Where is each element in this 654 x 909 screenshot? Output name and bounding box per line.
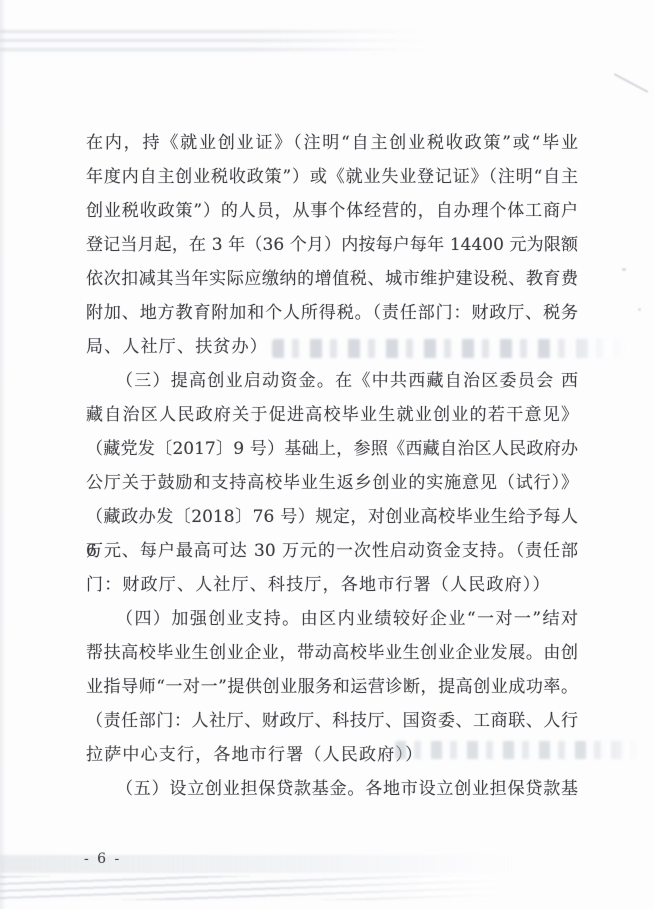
text-line: 公厅关于鼓励和支持高校毕业生返乡创业的实施意见（试行）》 (86, 466, 578, 500)
scan-artifact-scratch (614, 73, 648, 93)
text-line: （四）加强创业支持。由区内业绩较好企业“一对一”结对 (86, 602, 578, 636)
text-line: （藏政办发〔2018〕76 号）规定，对创业高校毕业生给予每人 6 (86, 500, 578, 534)
scan-artifact-speck (622, 268, 626, 271)
text-line: （五）设立创业担保贷款基金。各地市设立创业担保贷款基 (86, 772, 578, 806)
scan-artifact-top-band (0, 30, 460, 54)
text-line: 依次扣减其当年实际应缴纳的增值税、城市维护建设税、教育费 (86, 262, 578, 296)
scan-artifact-bottom-band (0, 876, 545, 900)
text-line: 在内，持《就业创业证》（注明“自主创业税收政策”或“毕业 (86, 126, 578, 160)
scanned-page: 在内，持《就业创业证》（注明“自主创业税收政策”或“毕业年度内自主创业税收政策”… (0, 0, 654, 909)
text-line: 帮扶高校毕业生创业企业，带动高校毕业生创业企业发展。由创 (86, 636, 578, 670)
text-line: 登记当月起，在 3 年（36 个月）内按每户每年 14400 元为限额 (86, 228, 578, 262)
text-line: （三）提高创业启动资金。在《中共西藏自治区委员会 西 (86, 364, 578, 398)
text-line: 创业税收政策”）的人员，从事个体经营的，自办理个体工商户 (86, 194, 578, 228)
text-line: 局、人社厅、扶贫办） (86, 330, 578, 364)
text-line: 藏自治区人民政府关于促进高校毕业生就业创业的若干意见》 (86, 398, 578, 432)
document-body-text: 在内，持《就业创业证》（注明“自主创业税收政策”或“毕业年度内自主创业税收政策”… (86, 126, 578, 806)
text-line: 万元、每户最高可达 30 万元的一次性启动资金支持。（责任部 (86, 534, 578, 568)
text-line: （藏党发〔2017〕9 号）基础上，参照《西藏自治区人民政府办 (86, 432, 578, 466)
scan-artifact-left-edge-shadow (0, 0, 6, 909)
text-line: 年度内自主创业税收政策”）或《就业失业登记证》（注明“自主 (86, 160, 578, 194)
text-line: 业指导师“一对一”提供创业服务和运营诊断，提高创业成功率。 (86, 670, 578, 704)
text-line: 附加、地方教育附加和个人所得税。（责任部门：财政厅、税务 (86, 296, 578, 330)
page-number: - 6 - (84, 851, 121, 867)
scan-artifact-speck (638, 308, 641, 311)
text-line: （责任部门：人社厅、财政厅、科技厅、国资委、工商联、人行 (86, 704, 578, 738)
text-line: 拉萨中心支行，各地市行署（人民政府）） (86, 738, 578, 772)
text-line: 门：财政厅、人社厅、科技厅，各地市行署（人民政府）） (86, 568, 578, 602)
